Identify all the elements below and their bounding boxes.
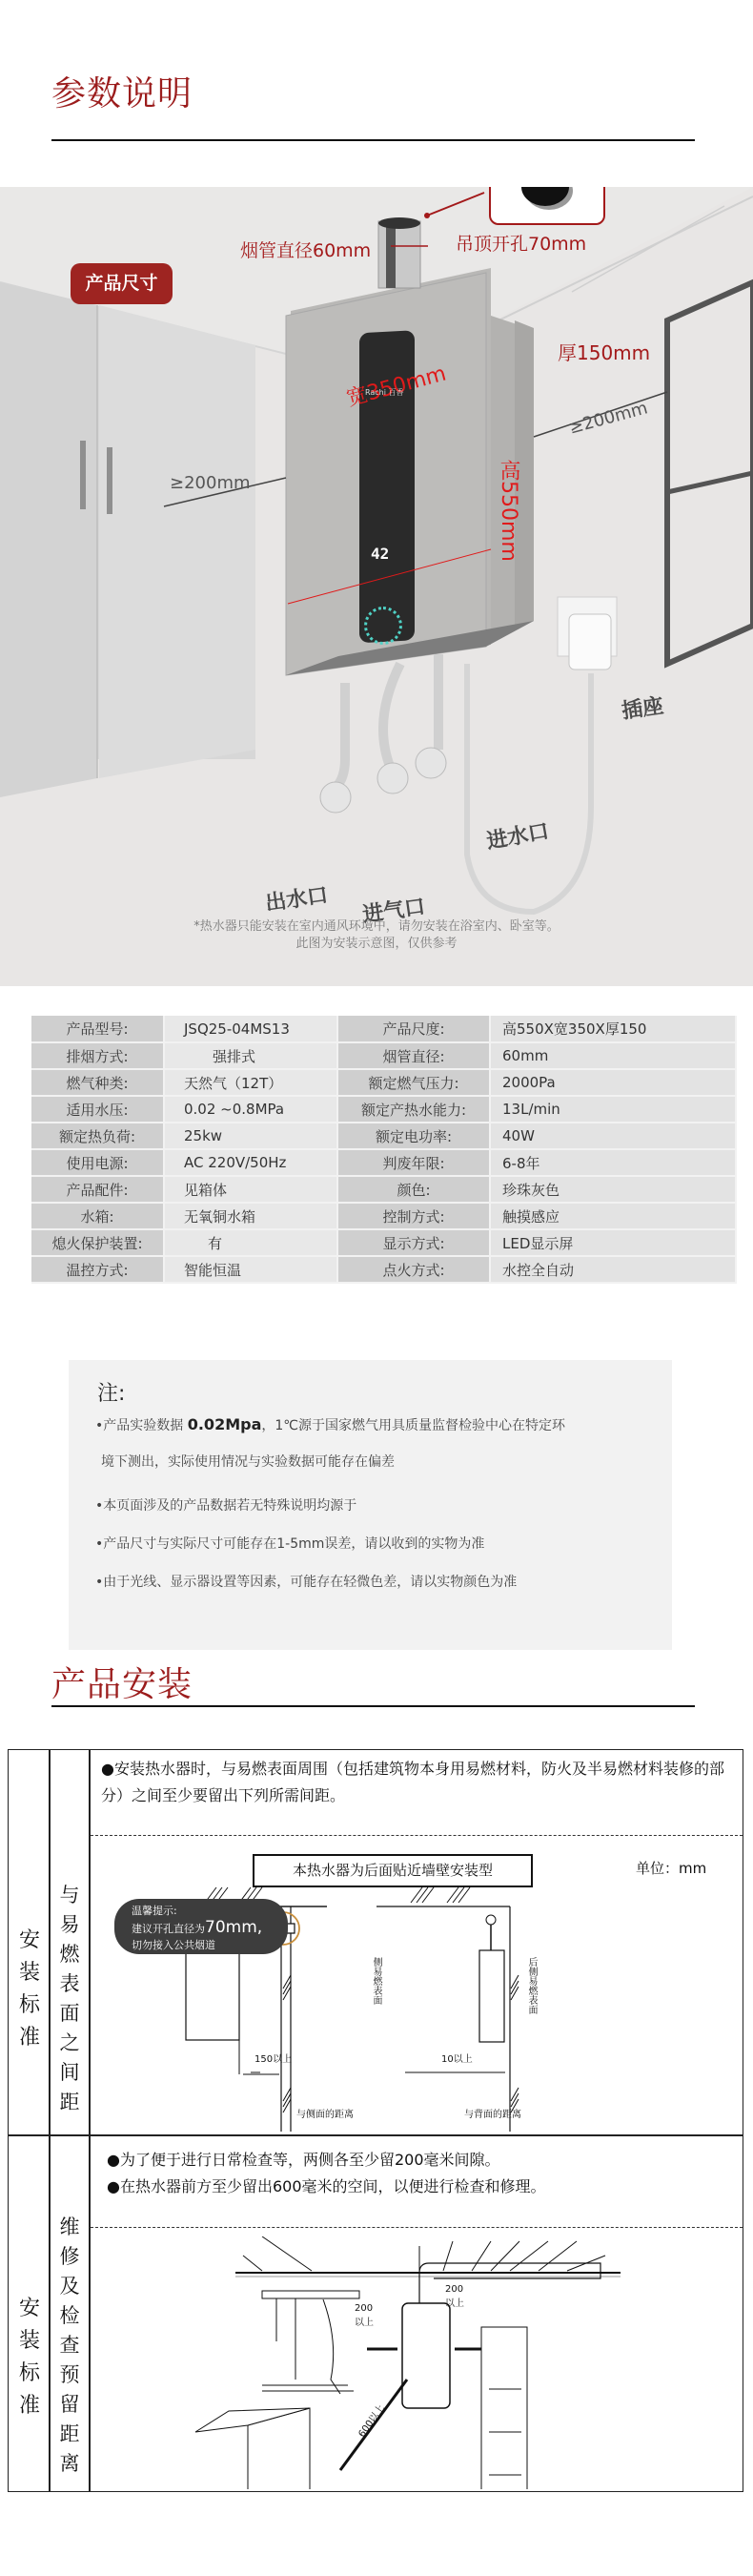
tip-line-1: 建议开孔直径为70mm, [132, 1918, 288, 1937]
spec-key: 额定燃气压力: [337, 1069, 490, 1096]
thickness-label: 厚150mm [558, 338, 650, 365]
spec-key: 判废年限: [337, 1149, 490, 1176]
back-surface-label: 后侧易燃表面 [524, 1957, 539, 2014]
spec-key: 颜色: [337, 1176, 490, 1203]
section-title-install: 产品安装 [51, 1658, 193, 1706]
spec-key: 控制方式: [337, 1203, 490, 1229]
table-row: 排烟方式:强排式烟管直径:60mm [31, 1042, 736, 1069]
spec-value: AC 220V/50Hz [164, 1149, 337, 1176]
table-row: 使用电源:AC 220V/50Hz判废年限:6-8年 [31, 1149, 736, 1176]
row2-instruction-1: ●为了便于进行日常检查等，两侧各至少留200毫米间隙。 [107, 2147, 500, 2174]
spec-value: 触摸感应 [490, 1203, 736, 1229]
spec-value: 珍珠灰色 [490, 1176, 736, 1203]
spec-value: 强排式 [164, 1042, 337, 1069]
spec-key: 显示方式: [337, 1229, 490, 1256]
dashed-divider [91, 2227, 743, 2228]
install-warning-note: *热水器只能安装在室内通风环境中，请勿安装在浴室内、卧室等。 [0, 917, 753, 936]
back-distance-label: 10以上 [441, 2050, 473, 2065]
ceiling-hole-label: 吊顶开孔70mm [456, 230, 586, 256]
spec-value: 2000Pa [490, 1069, 736, 1096]
title-divider [51, 139, 695, 141]
temperature-display: 42 [371, 545, 389, 563]
maintenance-clearance-diagram [91, 2236, 739, 2489]
spec-key: 产品配件: [31, 1176, 164, 1203]
left-clearance-label: ≥200mm [170, 473, 251, 493]
table-row: 水箱:无氧铜水箱控制方式:触摸感应 [31, 1203, 736, 1229]
spec-key: 产品尺度: [337, 1016, 490, 1042]
row1-group-label: 安装标准 [10, 1925, 49, 2054]
side-surface-label: 侧易燃表面 [369, 1957, 383, 2005]
spec-value: 13L/min [490, 1096, 736, 1123]
left-gap-label: 200以上 [355, 2303, 377, 2328]
note-line-1: •产品实验数据 0.02Mpa，1℃源于国家燃气用具质量监督检验中心在特定环 [95, 1415, 565, 1434]
table-row: 额定热负荷:25kw额定电功率:40W [31, 1123, 736, 1149]
spec-key: 产品型号: [31, 1016, 164, 1042]
side-distance-label: 150以上 [254, 2050, 292, 2065]
row2-group-label: 安装标准 [10, 2293, 49, 2422]
tip-line-2: 切勿接入公共烟道 [132, 1937, 288, 1952]
row-divider [9, 2134, 743, 2136]
title-divider [51, 1705, 695, 1707]
spec-value: 高550X宽350X厚150 [490, 1016, 736, 1042]
product-size-badge: 产品尺寸 [71, 263, 173, 304]
note-line-2: 境下测出，实际使用情况与实验数据可能存在偏差 [101, 1452, 395, 1471]
side-distance-caption: 与侧面的距离 [296, 2106, 354, 2120]
socket-label: 插座 [620, 690, 665, 725]
spec-value: 天然气（12T） [164, 1069, 337, 1096]
control-knob-icon [364, 607, 402, 645]
hole-icon [521, 187, 569, 206]
ceiling-hole-callout [489, 187, 605, 225]
special-note: •产品尺寸与实际尺寸可能存在1-5mm误差，请以收到的实物为准 [95, 1534, 484, 1553]
spec-key: 额定电功率: [337, 1123, 490, 1149]
spec-key: 使用电源: [31, 1149, 164, 1176]
tip-hole-size: 70mm, [205, 1918, 262, 1937]
unit-label: 单位：mm [636, 1858, 706, 1878]
note-text: ，1℃源于国家燃气用具质量监督检验中心在特定环 [261, 1418, 565, 1433]
spec-value: 0.02 ~0.8MPa [164, 1096, 337, 1123]
spec-table: 产品型号:JSQ25-04MS13产品尺度:高550X宽350X厚150 排烟方… [31, 1016, 737, 1284]
special-notes-box: •本页面涉及的产品数据若无特殊说明均源于 •产品尺寸与实际尺寸可能存在1-5mm… [69, 1488, 672, 1650]
room-background [0, 187, 753, 986]
spec-key: 额定产热水能力: [337, 1096, 490, 1123]
spec-value: 智能恒温 [164, 1256, 337, 1283]
brand-logo: Rachi 百香 [365, 387, 404, 398]
right-gap-label: 200以上 [445, 2284, 468, 2309]
product-dimension-illustration: 产品尺寸 吊顶开孔70mm 烟管直径60mm 厚150mm 宽350mm 高55… [0, 187, 753, 986]
spec-key: 点火方式: [337, 1256, 490, 1283]
warm-tip-bubble: 温馨提示: 建议开孔直径为70mm, 切勿接入公共烟道 [114, 1899, 288, 1954]
spec-value: JSQ25-04MS13 [164, 1016, 337, 1042]
spec-value: 60mm [490, 1042, 736, 1069]
row2-sub-label: 维修及检查预留距离 [51, 2213, 89, 2479]
spec-key: 温控方式: [31, 1256, 164, 1283]
spec-key: 燃气种类: [31, 1069, 164, 1096]
spec-value: 无氧铜水箱 [164, 1203, 337, 1229]
height-label: 高550mm [494, 460, 523, 562]
note-bold-value: 0.02Mpa [188, 1415, 262, 1433]
special-note: •由于光线、显示器设置等因素，可能存在轻微色差，请以实物颜色为准 [95, 1572, 517, 1591]
row1-sub-label: 与易燃表面之间距 [51, 1881, 89, 2117]
spec-key: 排烟方式: [31, 1042, 164, 1069]
spec-key: 额定热负荷: [31, 1123, 164, 1149]
tip-title: 温馨提示: [132, 1903, 288, 1918]
tip-text: 建议开孔直径为 [132, 1923, 205, 1935]
dashed-divider [91, 1835, 743, 1836]
table-row: 产品型号:JSQ25-04MS13产品尺度:高550X宽350X厚150 [31, 1016, 736, 1042]
spec-value: 6-8年 [490, 1149, 736, 1176]
back-distance-caption: 与背面的距离 [464, 2106, 521, 2120]
flue-diameter-label: 烟管直径60mm [240, 237, 371, 262]
table-row: 温控方式:智能恒温点火方式:水控全自动 [31, 1256, 736, 1283]
cabinet-handle [80, 441, 86, 509]
spec-value: 有 [164, 1229, 337, 1256]
spec-value: 40W [490, 1123, 736, 1149]
section-title-params: 参数说明 [51, 67, 193, 115]
notes-title: 注: [97, 1377, 125, 1407]
cabinet-handle [107, 447, 112, 514]
special-note: •本页面涉及的产品数据若无特殊说明均源于 [95, 1495, 356, 1515]
spec-value: 水控全自动 [490, 1256, 736, 1283]
illustration-disclaimer: 此图为安装示意图，仅供参考 [0, 935, 753, 953]
table-row: 燃气种类:天然气（12T）额定燃气压力:2000Pa [31, 1069, 736, 1096]
note-text: •产品实验数据 [95, 1418, 188, 1433]
spec-value: 见箱体 [164, 1176, 337, 1203]
table-row: 适用水压:0.02 ~0.8MPa额定产热水能力:13L/min [31, 1096, 736, 1123]
spec-value: 25kw [164, 1123, 337, 1149]
spec-key: 适用水压: [31, 1096, 164, 1123]
spec-key: 烟管直径: [337, 1042, 490, 1069]
spec-value: LED显示屏 [490, 1229, 736, 1256]
spec-key: 熄火保护装置: [31, 1229, 164, 1256]
wall-mount-type-box: 本热水器为后面贴近墙壁安装型 [253, 1854, 533, 1887]
install-standards-table: 安装标准 与易燃表面之间距 ●安装热水器时，与易燃表面周围（包括建筑物本身用易燃… [8, 1749, 743, 2492]
spec-key: 水箱: [31, 1203, 164, 1229]
row2-instruction-2: ●在热水器前方至少留出600毫米的空间，以便进行检查和修理。 [107, 2174, 546, 2200]
table-row: 熄火保护装置:有显示方式:LED显示屏 [31, 1229, 736, 1256]
row1-instruction: ●安装热水器时，与易燃表面周围（包括建筑物本身用易燃材料，防火及半易燃材料装修的… [101, 1756, 735, 1809]
table-row: 产品配件:见箱体颜色:珍珠灰色 [31, 1176, 736, 1203]
